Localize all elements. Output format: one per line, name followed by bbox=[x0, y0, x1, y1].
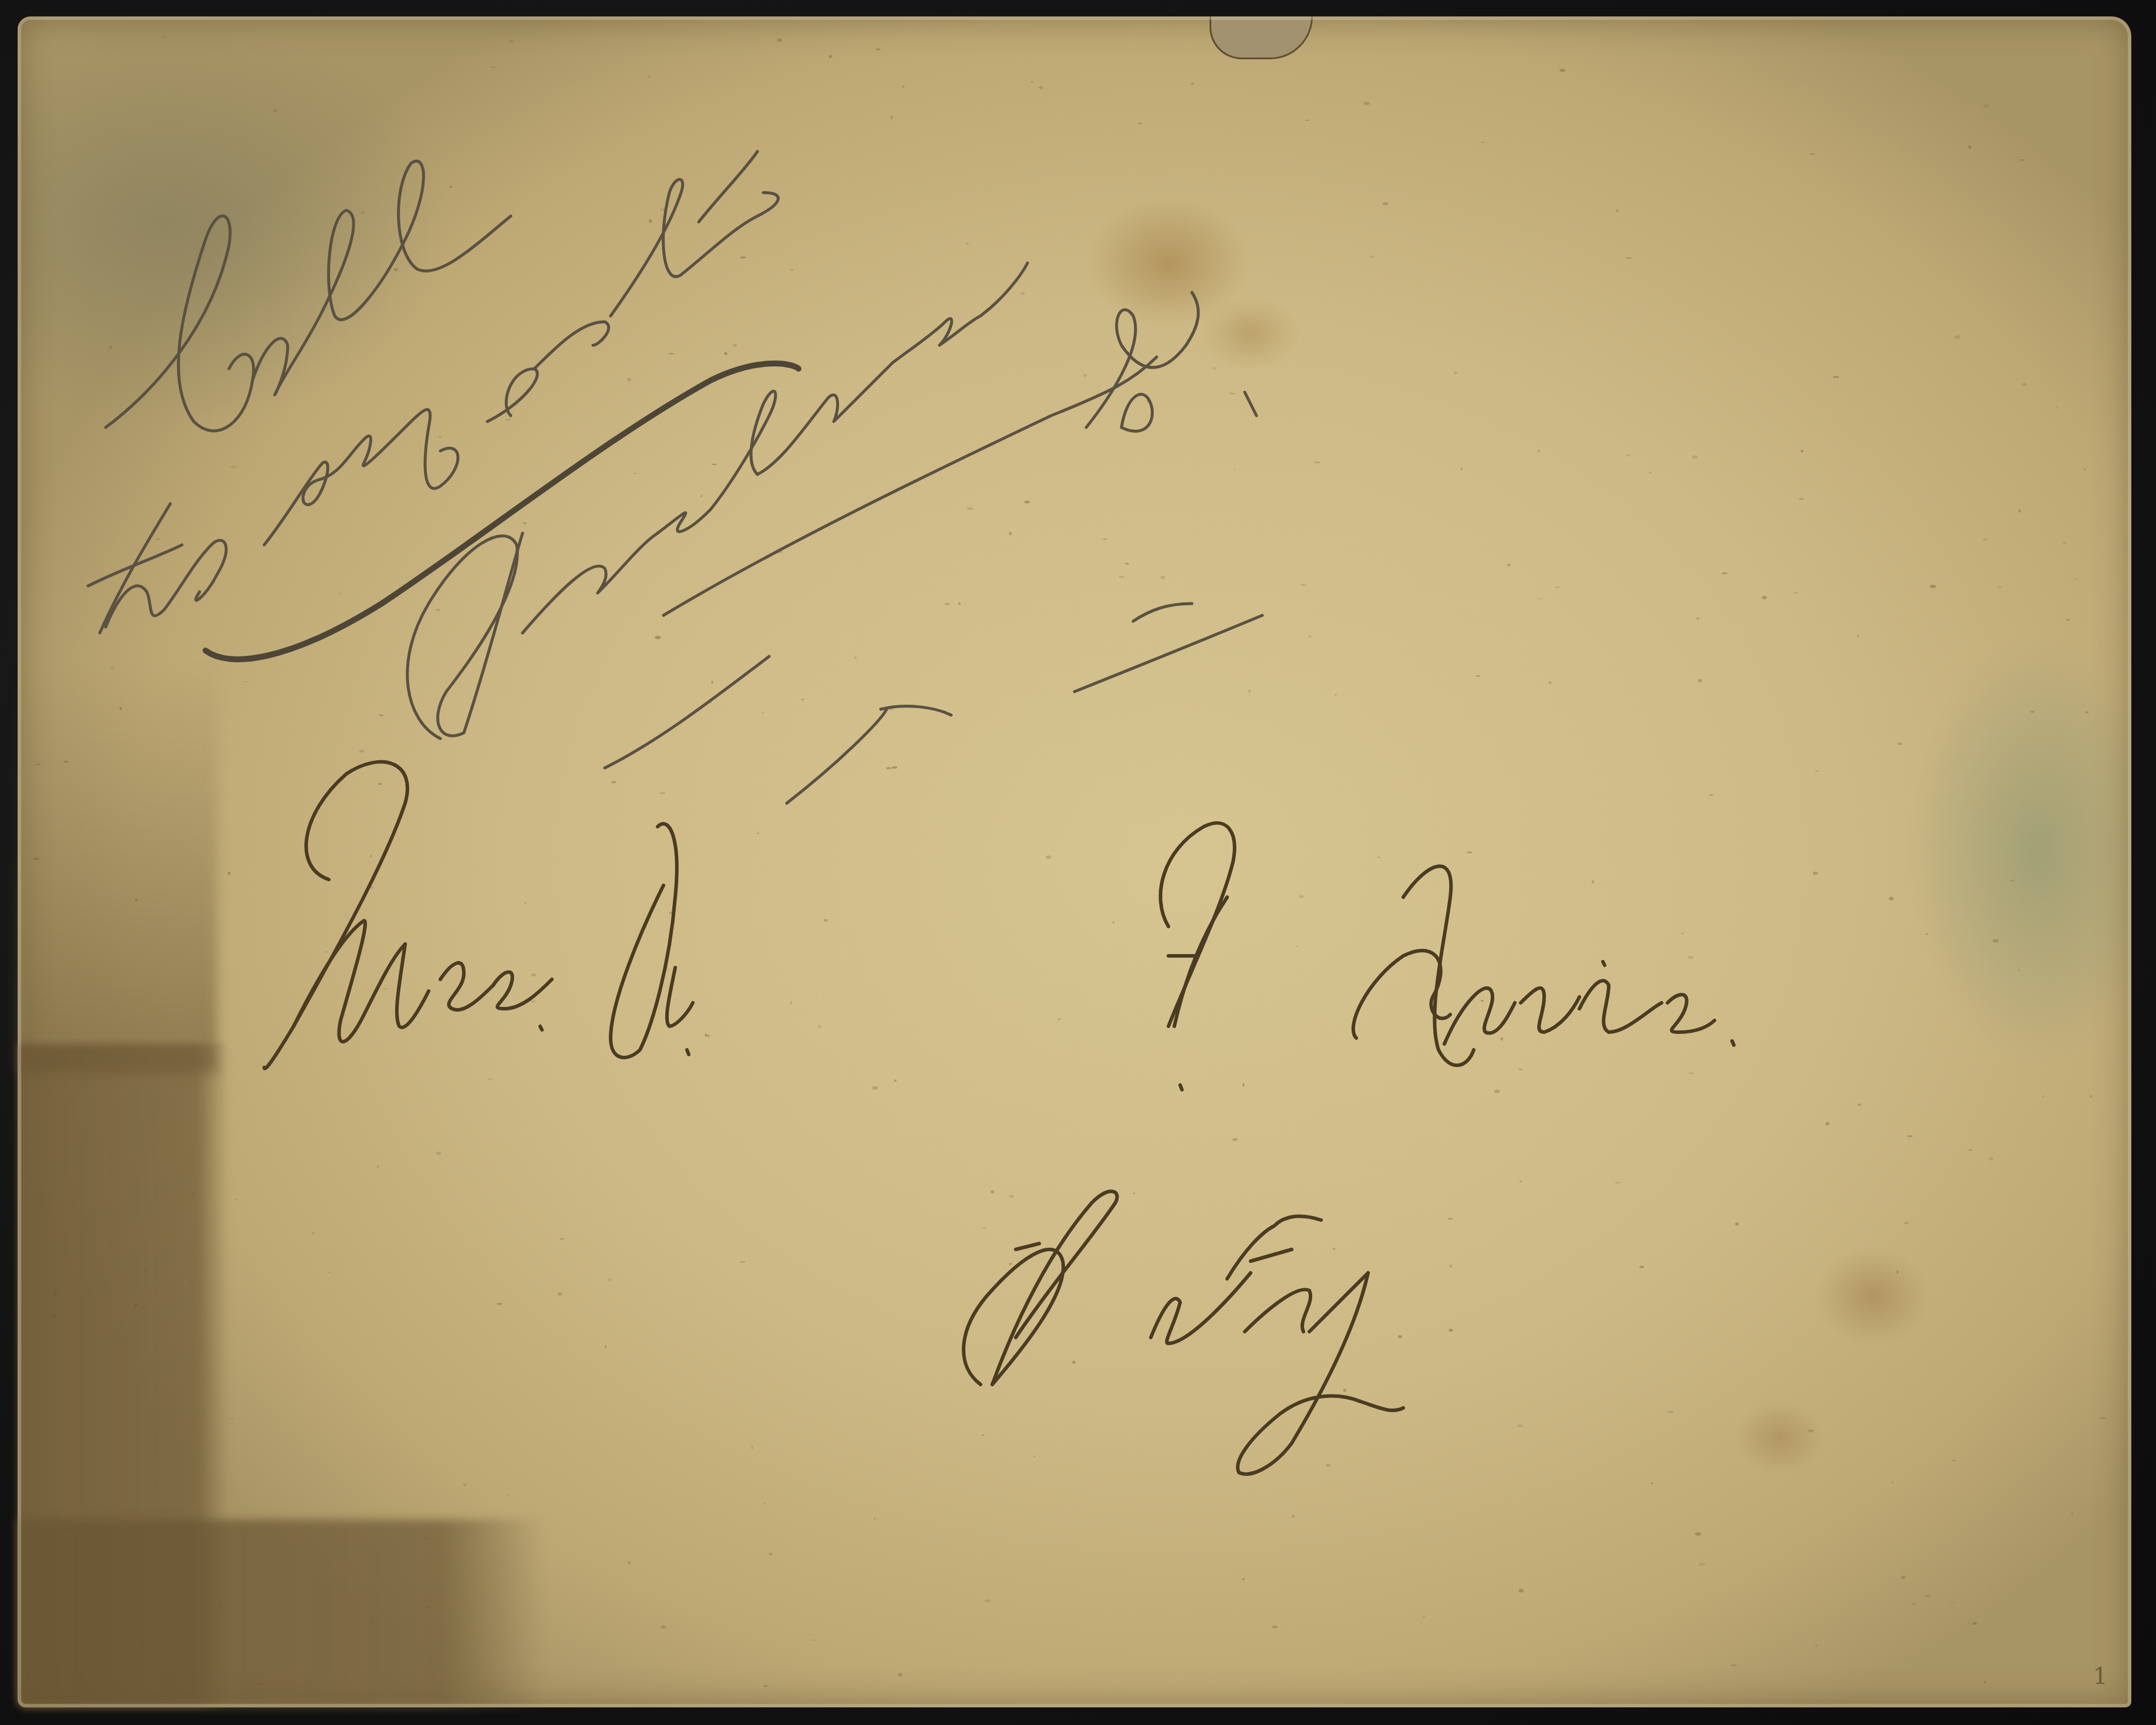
address-block: Miss A. H. Davis City bbox=[18, 16, 2131, 1707]
address-strokes bbox=[18, 16, 2131, 1707]
envelope: Call two days after Wednesday bbox=[18, 16, 2131, 1707]
corner-mark: 1 bbox=[2093, 1663, 2108, 1690]
